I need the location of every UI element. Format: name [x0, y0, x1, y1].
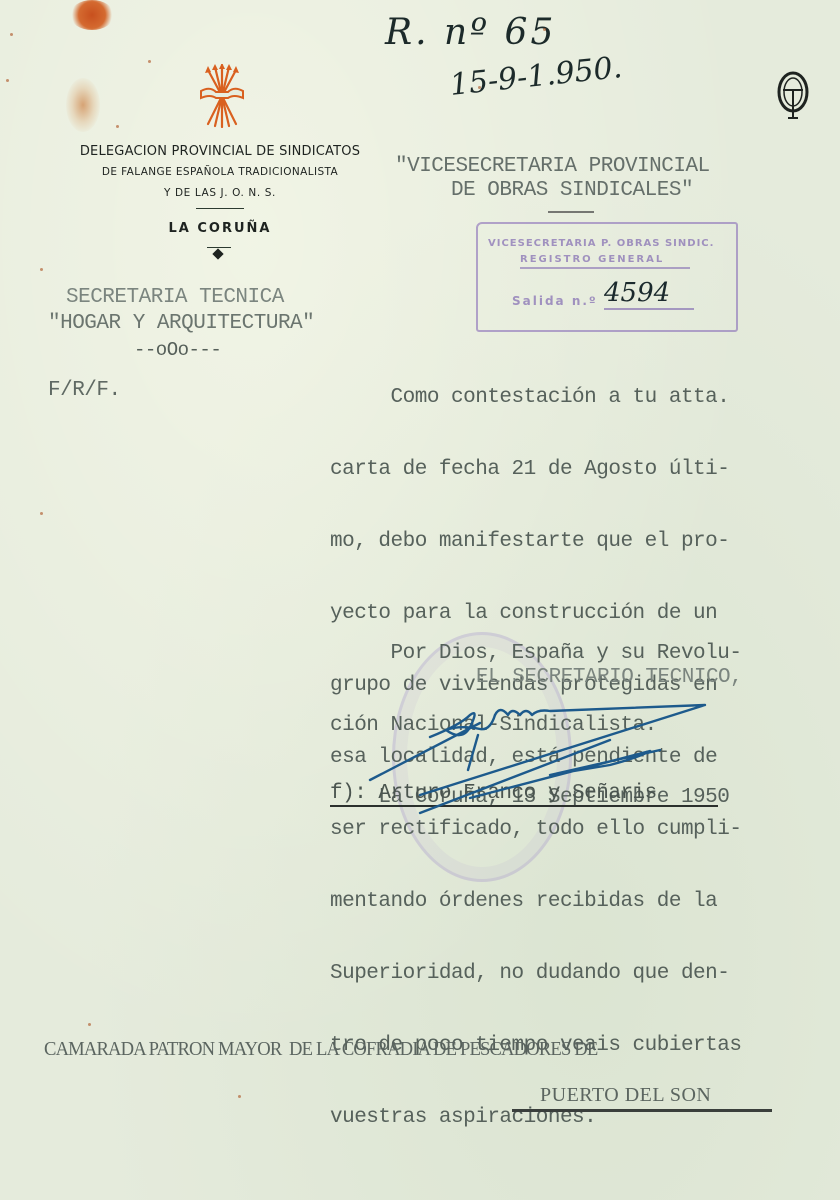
body-line: mo, debo manifestarte que el pro- [330, 530, 741, 554]
yoke-and-arrows-icon [198, 64, 246, 128]
body-line: Superioridad, no dudando que den- [330, 962, 741, 986]
registry-stamp: VICESECRETARIA P. OBRAS SINDIC. REGISTRO… [476, 222, 738, 332]
stamp-line-3: Salida n.º [512, 294, 598, 308]
letterhead-line-3: Y DE LAS J. O. N. S. [60, 187, 380, 199]
letterhead-divider-2 [207, 247, 231, 248]
body-line: mentando órdenes recibidas de la [330, 890, 741, 914]
stamp-line-2: REGISTRO GENERAL [520, 254, 690, 269]
sender-reference: F/R/F. [48, 379, 121, 403]
letter-page: DELEGACION PROVINCIAL DE SINDICATOS DE F… [0, 0, 840, 1200]
address-underline [512, 1109, 772, 1112]
letterhead-line-2: DE FALANGE ESPAÑOLA TRADICIONALISTA [60, 166, 380, 178]
closing-line: Por Dios, España y su Revolu- [330, 642, 741, 666]
handwritten-reference: R. nº 65 [385, 12, 556, 53]
letterhead-line-1: DELEGACION PROVINCIAL DE SINDICATOS [60, 144, 380, 159]
sender-separator: --oOo--- [134, 338, 221, 362]
sender-line-1: SECRETARIA TECNICA [66, 286, 284, 310]
body-line: carta de fecha 21 de Agosto últi- [330, 458, 741, 482]
body-line: Como contestación a tu atta. [330, 386, 741, 410]
diamond-ornament-icon [212, 248, 223, 259]
address-line-2: PUERTO DEL SON [540, 1083, 711, 1107]
recipient-department-line-2: DE OBRAS SINDICALES" [451, 179, 693, 203]
water-stain [66, 78, 100, 132]
letterhead-divider [196, 208, 244, 209]
helmet-emblem-icon [776, 70, 810, 126]
department-divider [548, 211, 594, 213]
ink-stain [70, 0, 114, 30]
address-line-1: CAMARADA PATRON MAYOR DE LA COFRADIA DE … [44, 1037, 597, 1061]
stamp-registry-number: 4594 [604, 278, 694, 310]
stamp-line-1: VICESECRETARIA P. OBRAS SINDIC. [488, 238, 714, 249]
sender-line-2: "HOGAR Y ARQUITECTURA" [48, 312, 314, 336]
recipient-department-line-1: "VICESECRETARIA PROVINCIAL [395, 155, 710, 179]
letterhead-city: LA CORUÑA [60, 221, 380, 236]
handwritten-date: 15-9-1.950. [448, 50, 624, 103]
handwritten-signature [360, 685, 720, 825]
